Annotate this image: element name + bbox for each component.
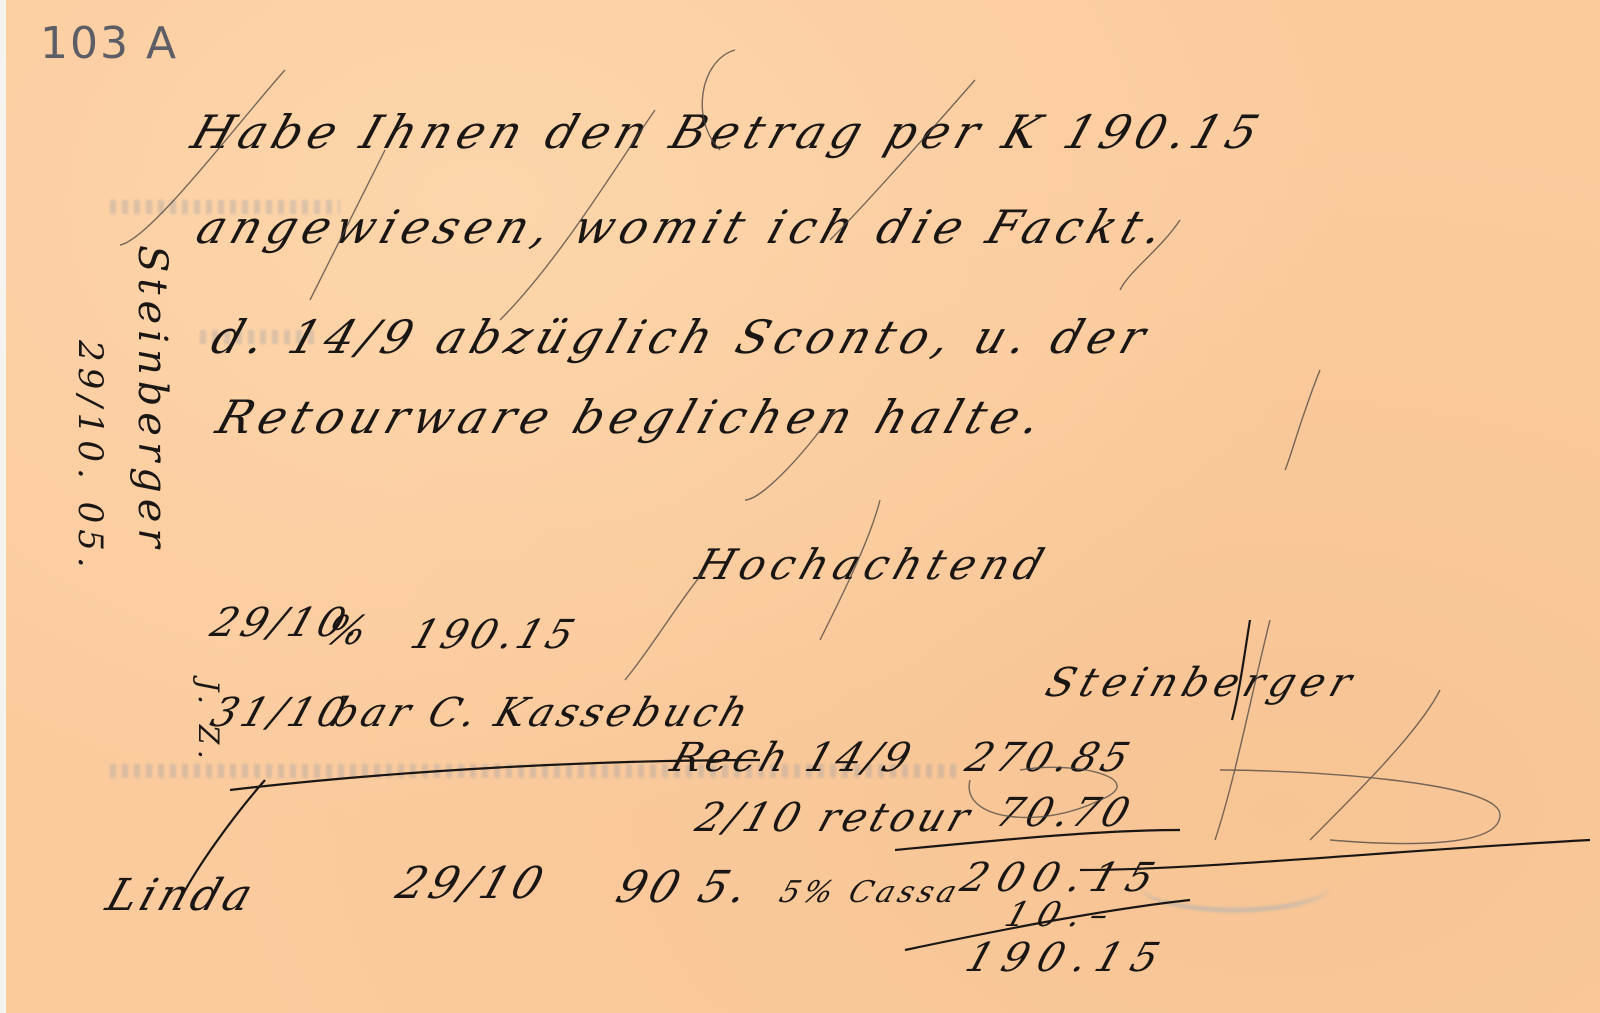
side-mark: J. Z.: [192, 680, 225, 765]
side-mark-wrap: J. Z.: [192, 680, 225, 765]
margin-note: Steinberger: [129, 245, 175, 554]
archive-number: 103 A: [40, 18, 178, 69]
postcard: 103 A Habe Ihnen den Betrag per K 190.15…: [0, 0, 1600, 1013]
letter-line-4: Retourware beglichen halte.: [210, 390, 1054, 444]
ledger-entry-4-text: 2/10 retour: [690, 795, 979, 841]
letter-line-2: angewiesen, womit ich die Fackt.: [190, 200, 1176, 254]
margin-note-name: Steinberger: [129, 245, 175, 554]
footer-note: 5% Cassa: [775, 875, 965, 910]
letter-line-1: Habe Ihnen den Betrag per K 190.15: [185, 105, 1271, 159]
closing: Hochachtend: [690, 540, 1056, 589]
ledger-discount: 10.–: [1000, 895, 1124, 935]
footer-date: 29/10: [390, 858, 553, 909]
letter-line-3: d. 14/9 abzüglich Sconto, u. der: [205, 310, 1158, 364]
margin-note-date-wrap: 29/10. 05.: [70, 340, 110, 574]
signature: Steinberger: [1040, 660, 1363, 706]
ledger-total: 190.15: [960, 935, 1175, 981]
ledger-entry-3-amount: 270.85: [960, 735, 1139, 781]
faint-stamp-mark: [1140, 860, 1330, 912]
ledger-entry-4-amount: 70.70: [990, 790, 1139, 836]
footer-amount: 90 5.: [610, 862, 759, 913]
ledger-entry-3-text: Rech 14/9: [665, 735, 920, 781]
margin-note-date: 29/10. 05.: [70, 340, 110, 574]
ledger-entry-2-text: bar C. Kassebuch: [325, 690, 758, 736]
footer-place: Linda: [100, 870, 263, 921]
ledger-entry-1-amount: 190.15: [405, 612, 584, 658]
